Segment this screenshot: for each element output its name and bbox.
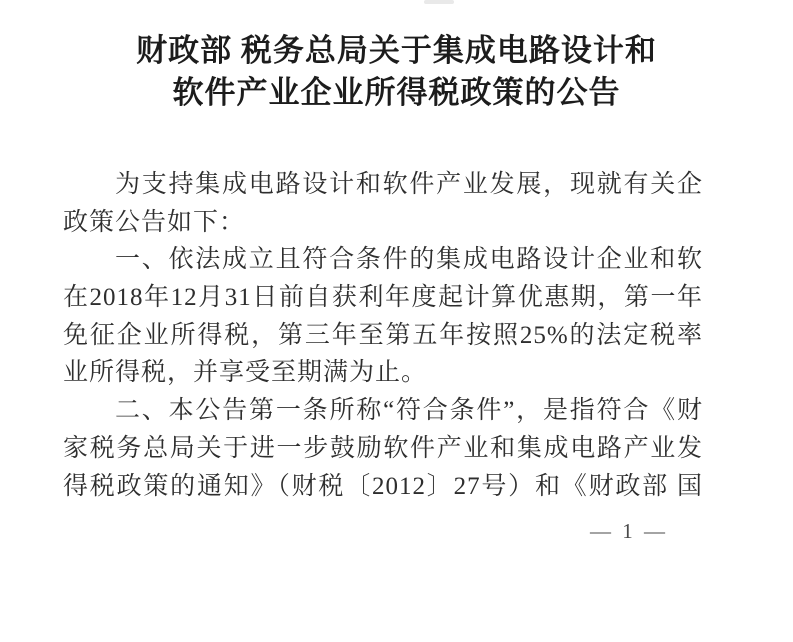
body-line: 一、依法成立且符合条件的集成电路设计企业和软件企业，: [63, 241, 703, 279]
document-title: 财政部 税务总局关于集成电路设计和 软件产业企业所得税政策的公告: [0, 30, 793, 114]
body-line: 免征企业所得税，第三年至第五年按照25%的法定税率减半征收企: [63, 317, 703, 355]
document-body: 为支持集成电路设计和软件产业发展，现就有关企业所得税 政策公告如下： 一、依法成…: [63, 166, 703, 505]
page-number: — 1 —: [590, 519, 668, 543]
body-line: 二、本公告第一条所称“符合条件”，是指符合《财政部 国: [63, 392, 703, 430]
body-line: 为支持集成电路设计和软件产业发展，现就有关企业所得税: [63, 166, 703, 204]
document-page: 财政部 税务总局关于集成电路设计和 软件产业企业所得税政策的公告 为支持集成电路…: [0, 0, 793, 642]
document-title-line-2: 软件产业企业所得税政策的公告: [0, 72, 793, 114]
body-line: 业所得税，并享受至期满为止。: [63, 354, 703, 392]
document-title-line-1: 财政部 税务总局关于集成电路设计和: [0, 30, 793, 72]
body-line: 政策公告如下：: [63, 204, 703, 242]
body-line: 得税政策的通知》（财税〔2012〕27号）和《财政部 国家税务总: [63, 468, 703, 506]
body-line: 在2018年12月31日前自获利年度起计算优惠期，第一年至第二年: [63, 279, 703, 317]
body-line: 家税务总局关于进一步鼓励软件产业和集成电路产业发展企业所: [63, 430, 703, 468]
scan-artifact: [424, 0, 454, 4]
